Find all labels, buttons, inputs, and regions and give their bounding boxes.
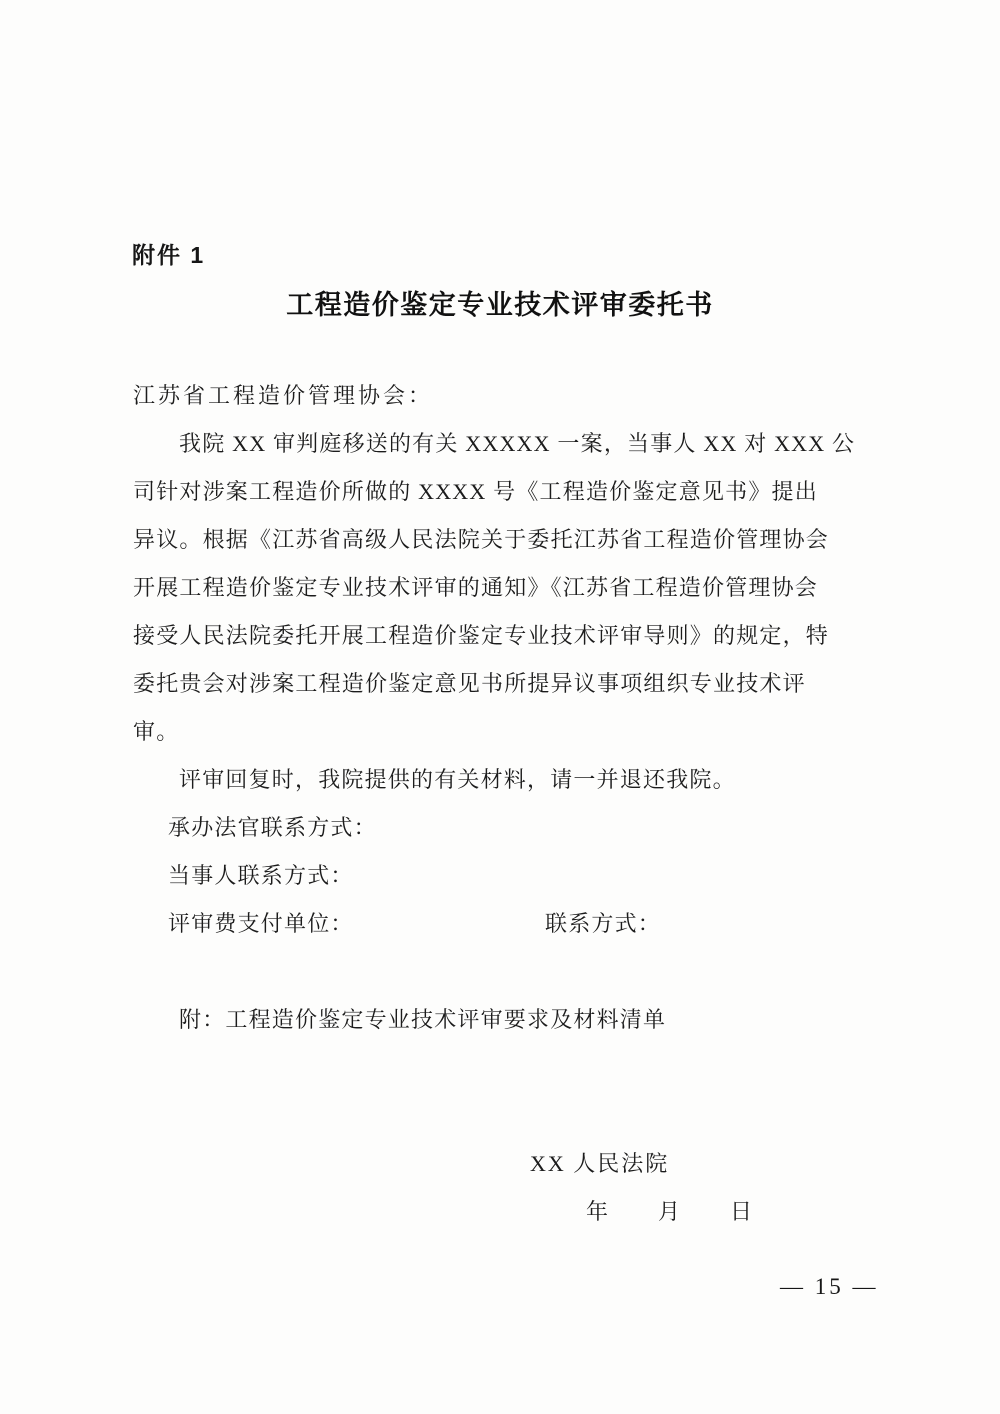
paragraph-line-2: 司针对涉案工程造价所做的 XXXX 号《工程造价鉴定意见书》提出 [133, 468, 839, 516]
date-line: 年 月 日 [133, 1188, 839, 1236]
document-page: 附件 1 工程造价鉴定专业技术评审委托书 江苏省工程造价管理协会： 我院 XX … [0, 0, 1000, 1414]
paragraph-line-1: 我院 XX 审判庭移送的有关 XXXXX 一案，当事人 XX 对 XXX 公 [133, 420, 839, 468]
document-body: 江苏省工程造价管理协会： 我院 XX 审判庭移送的有关 XXXXX 一案，当事人… [133, 372, 839, 1236]
party-contact-line: 当事人联系方式： [133, 852, 839, 900]
payment-contact-label: 联系方式： [545, 900, 661, 948]
judge-contact-line: 承办法官联系方式： [133, 804, 839, 852]
reply-paragraph: 评审回复时，我院提供的有关材料，请一并退还我院。 [133, 756, 839, 804]
blank-line [133, 1092, 839, 1140]
document-title: 工程造价鉴定专业技术评审委托书 [0, 283, 1000, 322]
paragraph-line-3: 异议。根据《江苏省高级人民法院关于委托江苏省工程造价管理协会 [133, 516, 839, 564]
attachment-note: 附：工程造价鉴定专业技术评审要求及材料清单 [133, 996, 839, 1044]
payment-row: 评审费支付单位： 联系方式： [133, 900, 839, 948]
page-number: — 15 — [780, 1272, 879, 1302]
blank-line [133, 1044, 839, 1092]
court-signature: XX 人民法院 [133, 1140, 839, 1188]
blank-line [133, 948, 839, 996]
payment-unit-label: 评审费支付单位： [168, 911, 354, 936]
attachment-label: 附件 1 [132, 237, 205, 270]
paragraph-line-7: 审。 [133, 708, 839, 756]
paragraph-line-5: 接受人民法院委托开展工程造价鉴定专业技术评审导则》的规定，特 [133, 612, 839, 660]
salutation: 江苏省工程造价管理协会： [133, 372, 839, 420]
paragraph-line-6: 委托贵会对涉案工程造价鉴定意见书所提异议事项组织专业技术评 [133, 660, 839, 708]
paragraph-line-4: 开展工程造价鉴定专业技术评审的通知》《江苏省工程造价管理协会 [133, 564, 839, 612]
